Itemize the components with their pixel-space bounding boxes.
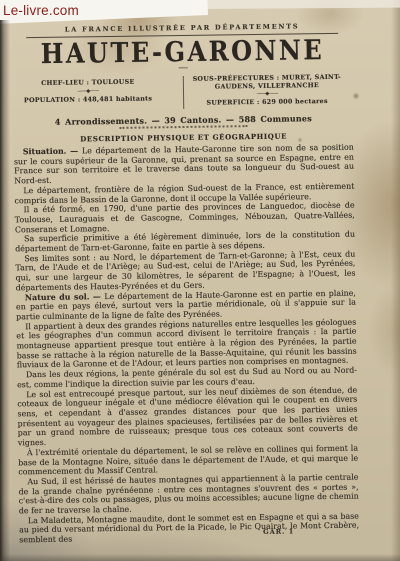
- paragraph: Au Sud, il est hérissé de hautes montagn…: [18, 472, 359, 516]
- chef-lieu-line: CHEF-LIEU : TOULOUSE: [13, 78, 163, 88]
- paragraph: Le sol est entrecoupé presque partout, s…: [17, 385, 358, 448]
- paragraph-text: Il appartient à deux des grandes régions…: [16, 317, 356, 370]
- paragraph: Il a été formé, en 1790, d'une partie de…: [15, 201, 355, 235]
- superficie-line: SUPERFICIE : 629 000 hectares: [181, 98, 353, 108]
- info-left-column: CHEF-LIEU : TOULOUSE ——◆—— POPULATION : …: [13, 76, 163, 111]
- paragraph: Nature du sol. — Le département de la Ha…: [16, 288, 356, 322]
- paragraph-text: Ses limites sont : au Nord, le départeme…: [15, 249, 355, 292]
- paragraph-text: Le sol est entrecoupé presque partout, s…: [17, 385, 357, 447]
- body-text: Situation. — Le département de la Haute-…: [14, 143, 360, 546]
- divider-ornament: ——◆——: [181, 91, 353, 98]
- paragraph-text: À l'extrémité orientale du département, …: [18, 443, 358, 476]
- paragraph: À l'extrémité orientale du département, …: [18, 443, 358, 477]
- paragraph-text: Au Sud, il est hérissé de hautes montagn…: [19, 472, 359, 515]
- paragraph-lead: Situation. —: [23, 146, 82, 156]
- population-line: POPULATION : 448,481 habitants: [13, 95, 163, 105]
- info-block: CHEF-LIEU : TOULOUSE ——◆—— POPULATION : …: [13, 74, 353, 112]
- scanned-book-page: Le-livre.com LA FRANCE ILLUSTRÉE PAR DÉP…: [0, 0, 400, 561]
- section-heading: DESCRIPTION PHYSIQUE ET GÉOGRAPHIQUE: [14, 131, 354, 145]
- paragraph: Situation. — Le département de la Haute-…: [14, 143, 355, 187]
- page-content: LA FRANCE ILLUSTRÉE PAR DÉPARTEMENTS HAU…: [12, 0, 360, 561]
- sous-prefectures-line: SOUS-PRÉFECTURES : MURET, SAINT-GAUDENS,…: [181, 74, 353, 91]
- paragraph: La Maladetta, Montagne maudite, dont le …: [19, 511, 359, 545]
- paragraph: Il appartient à deux des grandes régions…: [16, 317, 357, 370]
- paragraph-lead: Nature du sol. —: [25, 292, 105, 302]
- divider-ornament: ——◆——: [13, 88, 163, 95]
- department-title: HAUTE-GARONNE: [12, 35, 352, 69]
- signature-mark: GAR. 1: [263, 527, 294, 535]
- paragraph-text: La Maladetta, Montagne maudite, dont le …: [19, 511, 359, 544]
- paragraph-text: Il a été formé, en 1790, d'une partie de…: [15, 201, 355, 234]
- dotted-rule: [119, 125, 247, 129]
- info-right-column: SOUS-PRÉFECTURES : MURET, SAINT-GAUDENS,…: [181, 74, 353, 109]
- paragraph: Ses limites sont : au Nord, le départeme…: [15, 249, 356, 293]
